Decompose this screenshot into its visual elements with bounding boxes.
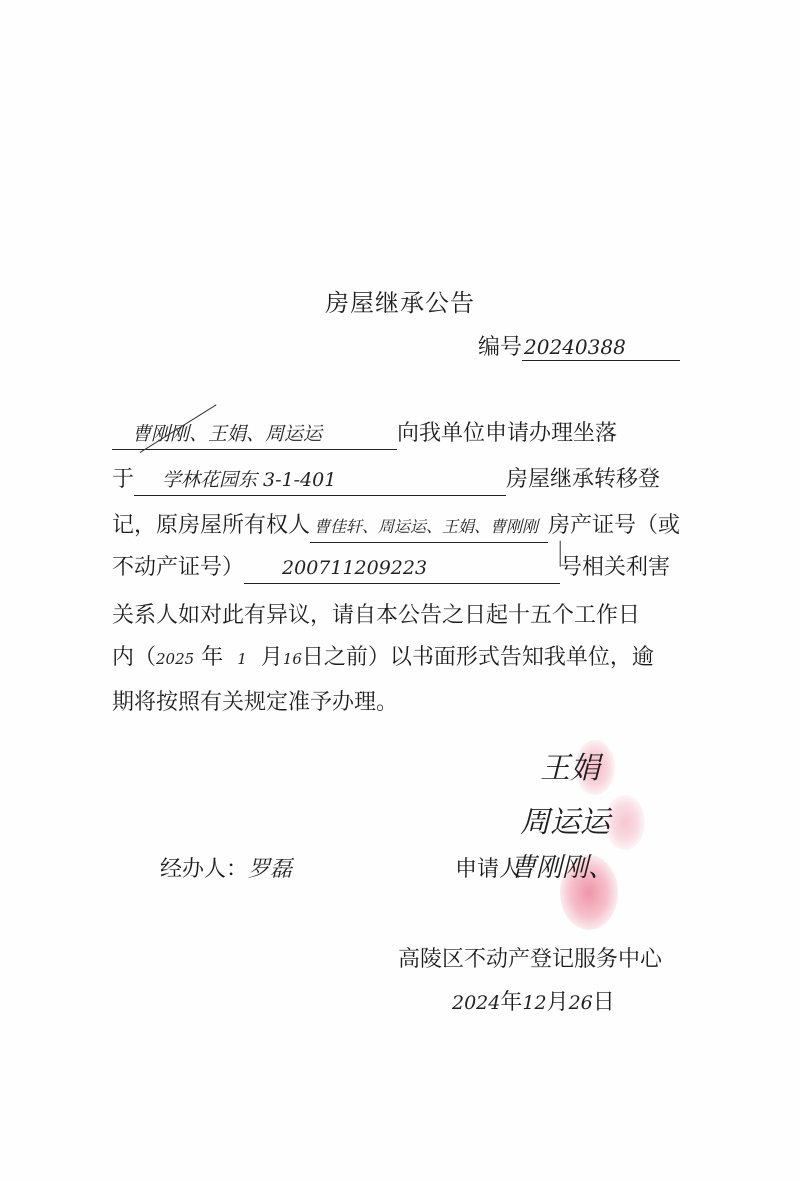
line2-prefix: 于 [112,467,134,492]
issue-day: 26 [569,992,593,1014]
issue-date: 2024年12月26日 [452,985,615,1016]
body-line-2: 于学林花园东 3-1-401房屋继承转移登 [112,462,660,498]
original-owners-handwritten: 曹佳轩、周运运、王娟、曹刚刚 [314,517,538,536]
deadline-year: 2025 [156,650,194,668]
fingerprint-stamp [605,795,645,850]
line3-suffix: 房产证号（或 [548,513,680,538]
line4-prefix: 不动产证号） [112,555,244,580]
applicants-field: 曹刚刚、王娟、周运运 [112,420,397,450]
year-label: 年 [201,645,223,670]
issue-year-label: 年 [500,990,522,1015]
body-line-4: 不动产证号）200711209223号相关利害 [112,550,670,586]
serial-label: 编号 [478,335,522,360]
handler-signature: 经办人：罗磊 [160,852,292,883]
pen-stroke [559,541,560,567]
line6-suffix: 日之前）以书面形式告知我单位，逾 [302,645,654,670]
applicant-signature: 周运运 [520,797,610,841]
issue-month: 12 [522,992,546,1014]
line6-prefix: 内（ [112,645,156,670]
applicant-signature-block: 王娟 周运运 曹刚刚、 [510,735,700,925]
line4-suffix: 号相关利害 [560,555,670,580]
certificate-number-field: 200711209223 [244,554,560,584]
issue-year: 2024 [452,992,500,1014]
certificate-number-handwritten: 200711209223 [282,557,427,579]
property-location-field: 学林花园东 3-1-401 [134,466,506,496]
handler-label: 经办人： [160,857,248,882]
body-line-6: 内（2025 年1月16日之前）以书面形式告知我单位，逾 [112,640,654,676]
serial-value: 20240388 [524,335,626,359]
serial-value-field: 20240388 [522,334,680,361]
issue-day-label: 日 [593,990,615,1015]
property-location-handwritten: 学林花园东 3-1-401 [162,469,336,491]
body-line-3: 记，原房屋所有权人曹佳轩、周运运、王娟、曹刚刚房产证号（或 [112,508,680,544]
applicant-signature: 曹刚刚、 [510,847,614,884]
issuer-name: 高陵区不动产登记服务中心 [398,942,662,973]
handler-name-handwritten: 罗磊 [248,857,292,882]
issue-month-label: 月 [547,990,569,1015]
deadline-month: 1 [237,650,247,668]
serial-number: 编号20240388 [478,330,680,361]
month-label: 月 [261,645,283,670]
notice-page: 房屋继承公告 编号20240388 曹刚刚、王娟、周运运向我单位申请办理坐落 于… [0,0,800,1181]
line3-prefix: 记，原房屋所有权人 [112,513,310,538]
line2-suffix: 房屋继承转移登 [506,467,660,492]
page-title: 房屋继承公告 [0,283,800,318]
body-line-7: 期将按照有关规定准予办理。 [112,685,398,721]
applicant-signature: 王娟 [540,743,600,787]
applicants-handwritten: 曹刚刚、王娟、周运运 [132,423,322,445]
deadline-day: 16 [283,650,302,668]
line1-suffix: 向我单位申请办理坐落 [397,421,617,446]
body-line-5: 关系人如对此有异议，请自本公告之日起十五个工作日 [112,598,640,634]
original-owners-field: 曹佳轩、周运运、王娟、曹刚刚 [310,513,548,543]
